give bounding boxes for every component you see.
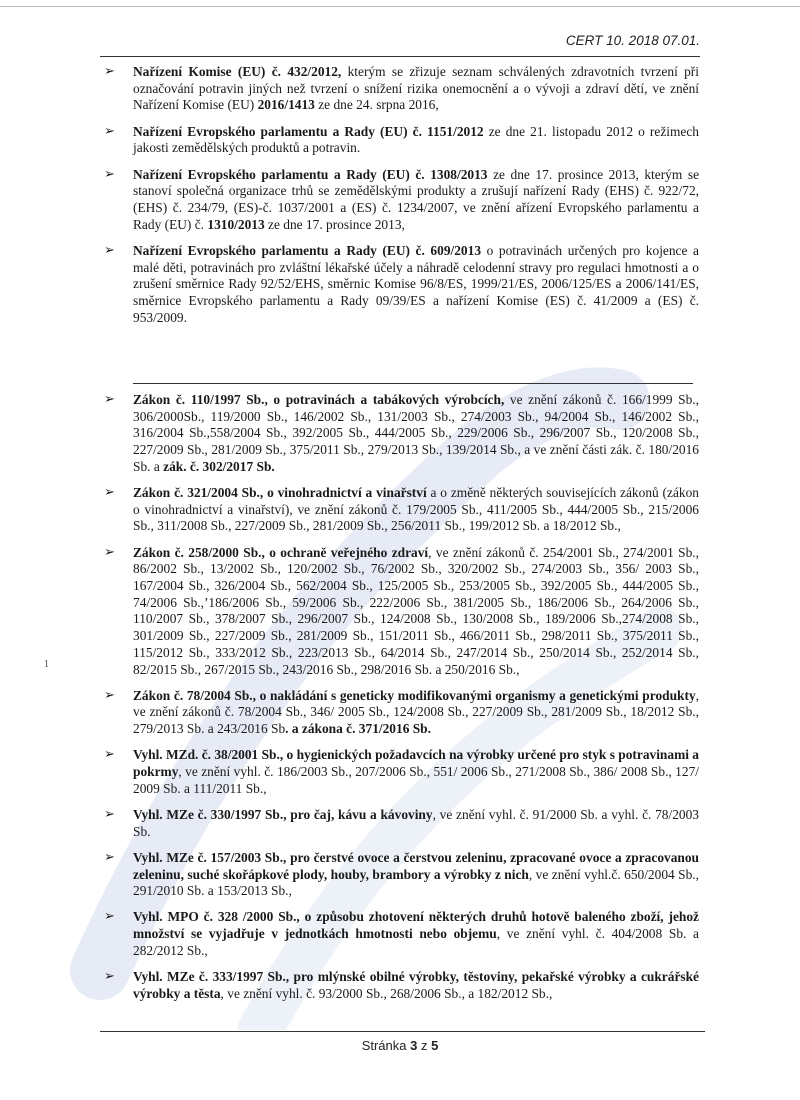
arrow-bullet-icon: ➢ [104, 688, 115, 705]
legislation-text: ze dne 24. srpna 2016, [315, 97, 439, 112]
header-rule [100, 56, 700, 57]
arrow-bullet-icon: ➢ [104, 167, 115, 184]
legislation-text: , ve znění vyhl. č. 93/2000 Sb., 268/200… [221, 986, 553, 1001]
legislation-item: ➢Vyhl. MPO č. 328 /2000 Sb., o způsobu z… [104, 909, 699, 959]
legislation-item: ➢Vyhl. MZe č. 333/1997 Sb., pro mlýnské … [104, 969, 699, 1002]
footer-prefix: Stránka [362, 1038, 410, 1053]
arrow-bullet-icon: ➢ [104, 243, 115, 260]
arrow-bullet-icon: ➢ [104, 485, 115, 502]
arrow-bullet-icon: ➢ [104, 909, 115, 926]
legislation-item: ➢Vyhl. MZe č. 330/1997 Sb., pro čaj, káv… [104, 807, 699, 840]
arrow-bullet-icon: ➢ [104, 807, 115, 824]
legislation-item: ➢Zákon č. 258/2000 Sb., o ochraně veřejn… [104, 545, 699, 679]
legislation-title: Nařízení Evropského parlamentu a Rady (E… [133, 124, 484, 139]
legislation-title: Zákon č. 321/2004 Sb., o vinohradnictví … [133, 485, 427, 500]
legislation-text: , ve znění vyhl. č. 186/2003 Sb., 207/20… [133, 764, 699, 796]
arrow-bullet-icon: ➢ [104, 124, 115, 141]
legislation-item: ➢Zákon č. 110/1997 Sb., o potravinách a … [104, 392, 699, 476]
legislation-text: , ve znění zákonů č. 254/2001 Sb., 274/2… [133, 545, 699, 677]
document-code: CERT 10. 2018 07.01. [566, 33, 700, 48]
legislation-title: Nařízení Evropského parlamentu a Rady (E… [133, 243, 481, 258]
arrow-bullet-icon: ➢ [104, 747, 115, 764]
legislation-title: . a zákona č. 371/2016 Sb. [285, 721, 431, 736]
legislation-title: Nařízení Komise (EU) č. 432/2012, [133, 64, 341, 79]
eu-regulations-list: ➢Nařízení Komise (EU) č. 432/2012, který… [104, 64, 699, 336]
arrow-bullet-icon: ➢ [104, 392, 115, 409]
section-divider [133, 383, 693, 384]
arrow-bullet-icon: ➢ [104, 64, 115, 81]
legislation-item: ➢Vyhl. MZd. č. 38/2001 Sb., o hygienický… [104, 747, 699, 797]
scan-edge-line [0, 6, 800, 7]
footer-rule [100, 1031, 705, 1032]
legislation-title: 1310/2013 [207, 217, 264, 232]
legislation-title: Zákon č. 258/2000 Sb., o ochraně veřejné… [133, 545, 428, 560]
legislation-item: ➢Nařízení Evropského parlamentu a Rady (… [104, 124, 699, 157]
legislation-item: ➢Zákon č. 78/2004 Sb., o nakládání s gen… [104, 688, 699, 738]
legislation-item: ➢Zákon č. 321/2004 Sb., o vinohradnictví… [104, 485, 699, 535]
legislation-item: ➢Nařízení Evropského parlamentu a Rady (… [104, 167, 699, 234]
stray-mark: 1 [44, 659, 49, 670]
legislation-item: ➢Vyhl. MZe č. 157/2003 Sb., pro čerstvé … [104, 850, 699, 900]
legislation-text: ze dne 17. prosince 2013, [265, 217, 405, 232]
arrow-bullet-icon: ➢ [104, 545, 115, 562]
legislation-item: ➢Nařízení Evropského parlamentu a Rady (… [104, 243, 699, 327]
page-footer: Stránka 3 z 5 [0, 1038, 800, 1053]
legislation-title: Vyhl. MZe č. 330/1997 Sb., pro čaj, kávu… [133, 807, 433, 822]
arrow-bullet-icon: ➢ [104, 850, 115, 867]
legislation-title: Nařízení Evropského parlamentu a Rady (E… [133, 167, 488, 182]
arrow-bullet-icon: ➢ [104, 969, 115, 986]
footer-separator: z [417, 1038, 431, 1053]
legislation-title: Zákon č. 110/1997 Sb., o potravinách a t… [133, 392, 504, 407]
legislation-title: zák. č. 302/2017 Sb. [163, 459, 275, 474]
legislation-title: Zákon č. 78/2004 Sb., o nakládání s gene… [133, 688, 696, 703]
legislation-item: ➢Nařízení Komise (EU) č. 432/2012, který… [104, 64, 699, 114]
total-pages: 5 [431, 1038, 438, 1053]
czech-laws-list: ➢Zákon č. 110/1997 Sb., o potravinách a … [104, 392, 699, 1012]
legislation-title: 2016/1413 [258, 97, 315, 112]
